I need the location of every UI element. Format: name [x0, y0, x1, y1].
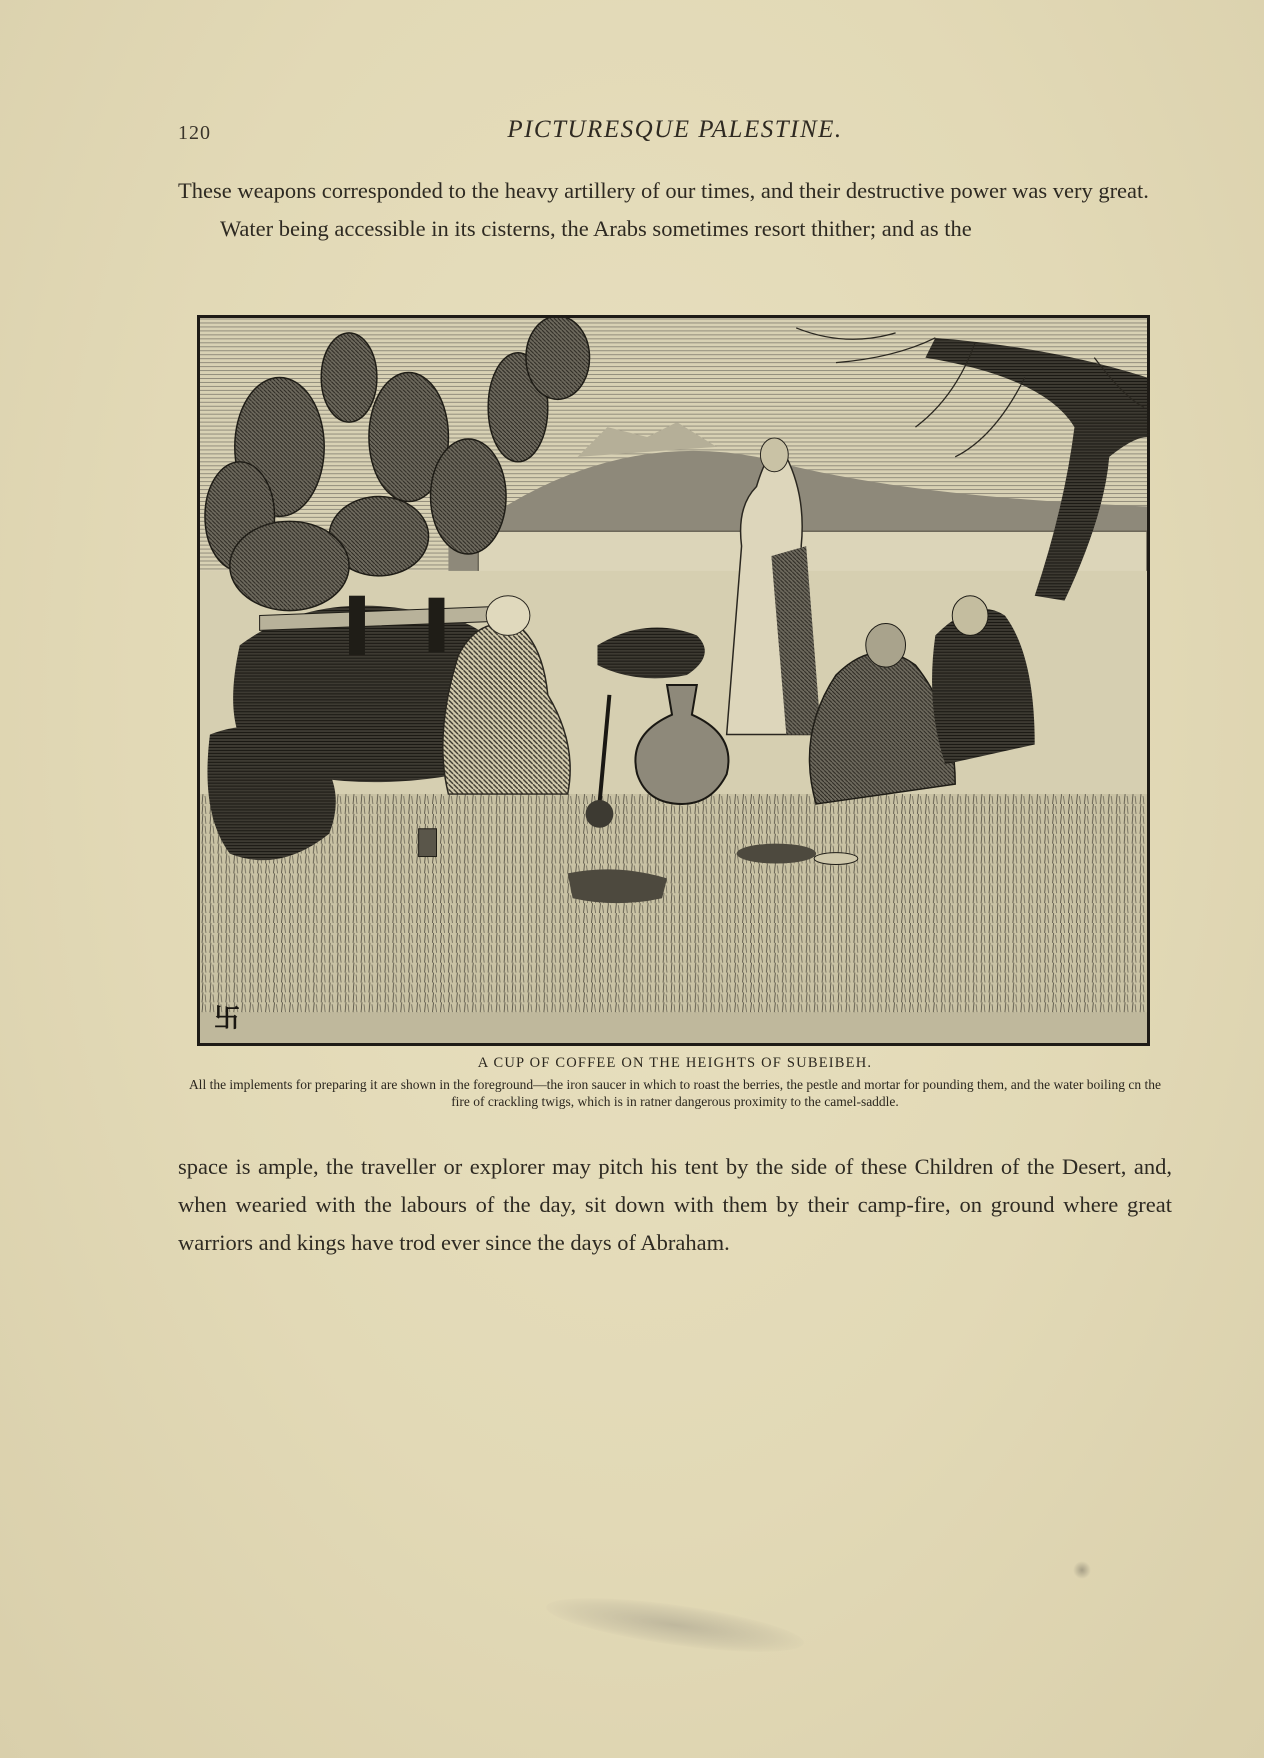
- paper-spot: [1073, 1561, 1091, 1579]
- illustration-coffee-scene: 卐: [197, 315, 1150, 1046]
- paragraph-water: Water being accessible in its cisterns, …: [178, 210, 1172, 248]
- book-title: PICTURESQUE PALESTINE.: [178, 116, 1172, 144]
- engraving-image: [200, 318, 1147, 1043]
- engraver-monogram: 卐: [214, 998, 240, 1035]
- body-text-top: These weapons corresponded to the heavy …: [178, 172, 1172, 248]
- running-head: 120 PICTURESQUE PALESTINE.: [178, 116, 1172, 150]
- paragraph-weapons: These weapons corresponded to the heavy …: [178, 172, 1172, 210]
- figure-caption-title: A CUP OF COFFEE ON THE HEIGHTS OF SUBEIB…: [178, 1055, 1172, 1072]
- figure-caption-body: All the implements for preparing it are …: [178, 1076, 1172, 1110]
- paper-smudge: [543, 1587, 806, 1663]
- body-text-bottom: space is ample, the traveller or explore…: [178, 1148, 1172, 1262]
- book-page: 120 PICTURESQUE PALESTINE. These weapons…: [0, 0, 1264, 1758]
- paragraph-continued: space is ample, the traveller or explore…: [178, 1148, 1172, 1262]
